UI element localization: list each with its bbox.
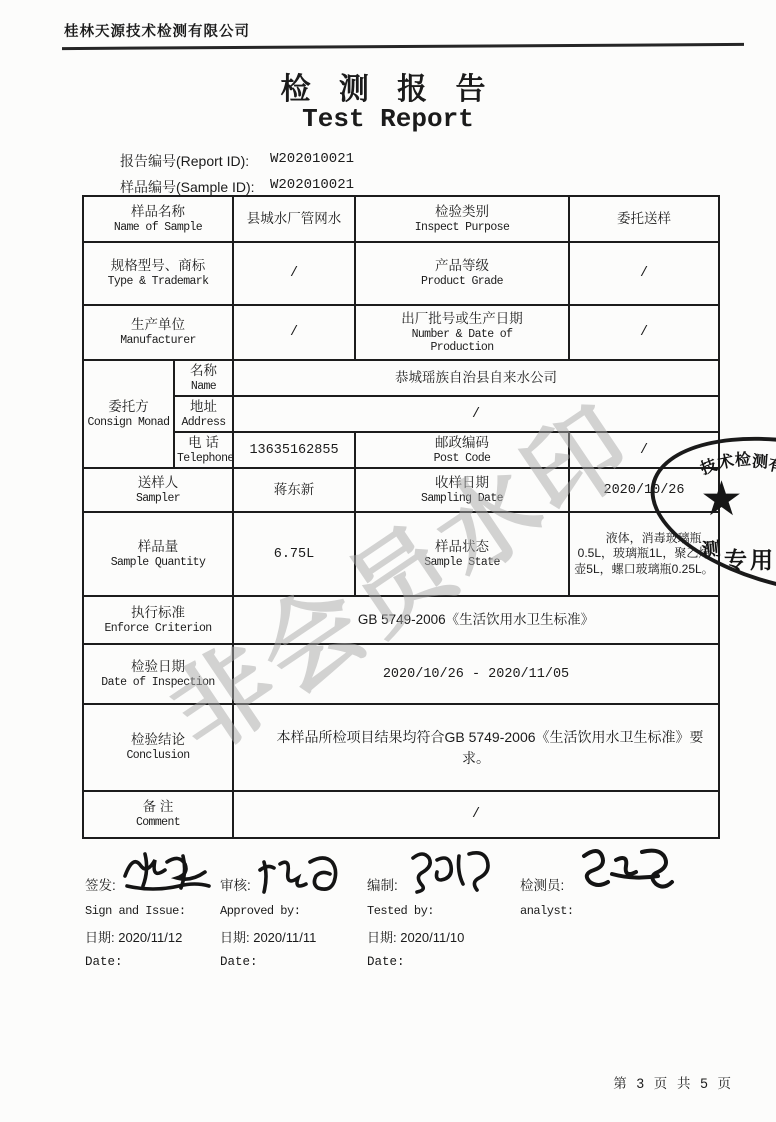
report-title-cn: 检 测 报 告 [0, 64, 776, 108]
label-cn: 样品量 [86, 539, 230, 556]
cell-consign-address-label: 地址 Address [174, 396, 233, 432]
seal-bottom-text: 专用章 [724, 542, 776, 575]
value: / [572, 325, 716, 340]
signature-row: 签发: [85, 852, 220, 904]
label-cn: 检验结论 [86, 732, 230, 749]
header-rule [62, 43, 744, 50]
label-cn: 规格型号、商标 [86, 258, 230, 275]
approved-label-cn: 审核: [220, 874, 251, 894]
cell-telephone-value: 13635162855 [233, 432, 355, 468]
value: / [236, 807, 716, 822]
value: 县城水厂管网水 [236, 211, 352, 228]
label-cn: 检验类别 [358, 204, 566, 221]
sign-issue-label-en: Sign and Issue: [85, 904, 220, 918]
cell-sample-name-label: 样品名称 Name of Sample [83, 196, 233, 242]
cell-post-code-label: 邮政编码 Post Code [355, 432, 569, 468]
sample-id-label: 样品编号(Sample ID): [120, 177, 270, 197]
cell-sampling-date-label: 收样日期 Sampling Date [355, 468, 569, 512]
cell-consign-name-label: 名称 Name [174, 360, 233, 396]
row-consign-telephone: 电 话 Telephone 13635162855 邮政编码 Post Code… [83, 432, 719, 468]
analyst-label-cn: 检测员: [520, 874, 564, 894]
cell-conclusion-label: 检验结论 Conclusion [83, 704, 233, 791]
signature-block-sign-issue: 签发: Sign and Issue: 日期: 2020/11/12 Date: [85, 852, 220, 969]
label-cn: 生产单位 [86, 317, 230, 334]
value: 蒋东新 [236, 482, 352, 499]
value: / [236, 266, 352, 281]
row-consign-address: 地址 Address / [83, 396, 719, 432]
label-en: Product Grade [358, 275, 566, 288]
cell-enforce-criterion-value: GB 5749-2006《生活饮用水卫生标准》 [233, 596, 719, 644]
cell-sample-name-value: 县城水厂管网水 [233, 196, 355, 242]
label-en: Telephone [177, 452, 230, 465]
cell-enforce-criterion-label: 执行标准 Enforce Criterion [83, 596, 233, 644]
report-id-label: 报告编号(Report ID): [120, 151, 270, 171]
signature-block-analyst: 检测员: analyst: [520, 852, 700, 918]
page-number: 第 3 页 共 5 页 [0, 1072, 734, 1092]
value: 13635162855 [236, 443, 352, 458]
cell-product-grade-label: 产品等级 Product Grade [355, 242, 569, 305]
row-sample-quantity: 样品量 Sample Quantity 6.75L 样品状态 Sample St… [83, 512, 719, 596]
label-cn: 电 话 [177, 435, 230, 452]
cell-comment-label: 备 注 Comment [83, 791, 233, 838]
value: 委托送样 [572, 211, 716, 228]
label-en: Comment [86, 816, 230, 829]
label-cn: 备 注 [86, 799, 230, 816]
value: / [236, 407, 716, 422]
label-en: Date of Inspection [86, 676, 230, 689]
label-en: Sample State [358, 556, 566, 569]
label-en: Enforce Criterion [86, 622, 230, 635]
label-en: Name of Sample [86, 221, 230, 234]
label-en: Number & Date of Production [387, 328, 537, 354]
row-conclusion: 检验结论 Conclusion 本样品所检项目结果均符合GB 5749-2006… [83, 704, 719, 791]
value: 6.75L [236, 547, 352, 562]
signature-row: 检测员: [520, 852, 700, 904]
label-cn: 样品名称 [86, 204, 230, 221]
row-inspection-date: 检验日期 Date of Inspection 2020/10/26 - 202… [83, 644, 719, 704]
label-en: Manufacturer [86, 334, 230, 347]
sample-id-value: W202010021 [270, 177, 354, 197]
row-sampler: 送样人 Sampler 蒋东新 收样日期 Sampling Date 2020/… [83, 468, 719, 512]
cell-telephone-label: 电 话 Telephone [174, 432, 233, 468]
seal-arc-char: 术 [717, 454, 736, 473]
label-cn: 样品状态 [358, 539, 566, 556]
signature-tested [407, 844, 499, 900]
cell-type-trademark-value: / [233, 242, 355, 305]
sign-issue-date: 日期: 2020/11/12 [85, 927, 220, 946]
value: 恭城瑶族自治县自来水公司 [236, 370, 716, 387]
label-en: Address [177, 416, 230, 429]
row-enforce-criterion: 执行标准 Enforce Criterion GB 5749-2006《生活饮用… [83, 596, 719, 644]
signature-row: 编制: [367, 852, 517, 904]
tested-label-en: Tested by: [367, 904, 517, 918]
cell-inspect-purpose-value: 委托送样 [569, 196, 719, 242]
value: / [236, 325, 352, 340]
cell-sampler-label: 送样人 Sampler [83, 468, 233, 512]
analyst-label-en: analyst: [520, 904, 700, 918]
seal-star-icon: ★ [700, 476, 743, 524]
cell-consign-address-value: / [233, 396, 719, 432]
sign-issue-date-en: Date: [85, 955, 220, 969]
label-cn: 委托方 [86, 399, 171, 416]
cell-sample-quantity-value: 6.75L [233, 512, 355, 596]
report-id-line: 报告编号(Report ID): W202010021 [120, 151, 354, 171]
cell-consign-label: 委托方 Consign Monad [83, 360, 174, 468]
sample-id-line: 样品编号(Sample ID): W202010021 [120, 177, 354, 197]
test-report-page: 桂林天源技术检测有限公司 检 测 报 告 Test Report 报告编号(Re… [0, 0, 776, 1122]
approved-label-en: Approved by: [220, 904, 365, 918]
label-cn: 邮政编码 [358, 435, 566, 452]
report-title-en: Test Report [0, 104, 776, 134]
cell-sampler-value: 蒋东新 [233, 468, 355, 512]
label-en: Sampler [86, 492, 230, 505]
label-cn: 地址 [177, 399, 230, 416]
approved-date: 日期: 2020/11/11 [220, 927, 365, 946]
cell-manufacturer-label: 生产单位 Manufacturer [83, 305, 233, 360]
row-type-trademark: 规格型号、商标 Type & Trademark / 产品等级 Product … [83, 242, 719, 305]
sign-issue-label-cn: 签发: [85, 874, 116, 894]
row-manufacturer: 生产单位 Manufacturer / 出厂批号或生产日期 Number & D… [83, 305, 719, 360]
tested-date: 日期: 2020/11/10 [367, 927, 517, 946]
cell-product-grade-value: / [569, 242, 719, 305]
cell-manufacturer-value: / [233, 305, 355, 360]
cell-type-trademark-label: 规格型号、商标 Type & Trademark [83, 242, 233, 305]
cell-inspect-purpose-label: 检验类别 Inspect Purpose [355, 196, 569, 242]
row-comment: 备 注 Comment / [83, 791, 719, 838]
row-consign-name: 委托方 Consign Monad 名称 Name 恭城瑶族自治县自来水公司 [83, 360, 719, 396]
cell-inspection-date-label: 检验日期 Date of Inspection [83, 644, 233, 704]
signature-analyst [572, 842, 682, 898]
signature-block-tested: 编制: Tested by: 日期: 2020/11/10 Date: [367, 852, 517, 969]
cell-inspection-date-value: 2020/10/26 - 2020/11/05 [233, 644, 719, 704]
tested-label-cn: 编制: [367, 874, 398, 894]
signature-row: 审核: [220, 852, 365, 904]
seal-arc-char: 测 [751, 454, 768, 471]
row-sample-name: 样品名称 Name of Sample 县城水厂管网水 检验类别 Inspect… [83, 196, 719, 242]
label-cn: 执行标准 [86, 605, 230, 622]
seal-bottom-left-char: 测 [701, 540, 722, 561]
label-en: Sample Quantity [86, 556, 230, 569]
report-table: 样品名称 Name of Sample 县城水厂管网水 检验类别 Inspect… [82, 195, 720, 839]
cell-consign-name-value: 恭城瑶族自治县自来水公司 [233, 360, 719, 396]
label-en: Name [177, 380, 230, 393]
label-cn: 送样人 [86, 475, 230, 492]
label-en: Consign Monad [86, 416, 171, 429]
label-cn: 出厂批号或生产日期 [358, 311, 566, 328]
cell-sample-state-label: 样品状态 Sample State [355, 512, 569, 596]
signature-approved [254, 850, 346, 900]
approved-date-en: Date: [220, 955, 365, 969]
report-id-value: W202010021 [270, 151, 354, 171]
label-cn: 检验日期 [86, 659, 230, 676]
signature-sign-issue [117, 848, 217, 898]
label-cn: 收样日期 [358, 475, 566, 492]
label-en: Sampling Date [358, 492, 566, 505]
label-en: Inspect Purpose [358, 221, 566, 234]
label-en: Conclusion [86, 749, 230, 762]
cell-conclusion-value: 本样品所检项目结果均符合GB 5749-2006《生活饮用水卫生标准》要求。 [233, 704, 719, 791]
value: 2020/10/26 - 2020/11/05 [236, 667, 716, 682]
cell-production-value: / [569, 305, 719, 360]
seal-arc-char: 检 [734, 452, 751, 469]
cell-sample-quantity-label: 样品量 Sample Quantity [83, 512, 233, 596]
tested-date-en: Date: [367, 955, 517, 969]
cell-production-label: 出厂批号或生产日期 Number & Date of Production [355, 305, 569, 360]
label-en: Type & Trademark [86, 275, 230, 288]
label-cn: 产品等级 [358, 258, 566, 275]
company-name: 桂林天源技术检测有限公司 [64, 20, 250, 41]
label-en: Post Code [358, 452, 566, 465]
value: GB 5749-2006《生活饮用水卫生标准》 [236, 612, 716, 629]
value: / [572, 266, 716, 281]
label-cn: 名称 [177, 363, 230, 380]
cell-comment-value: / [233, 791, 719, 838]
signature-block-approved: 审核: Approved by: 日期: 2020/11/11 Date: [220, 852, 365, 969]
